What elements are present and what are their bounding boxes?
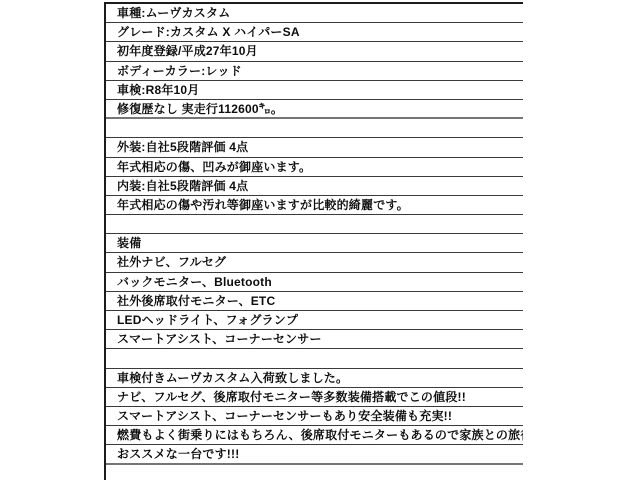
row-text: LEDヘッドライト、フォグランプ (117, 313, 298, 327)
table-row-comment-arrival: 車検付きムーヴカスタム入荷致しました。 (106, 369, 523, 388)
table-row-inspection: 車検:R8年10月 (106, 81, 523, 100)
row-text: おススメな一台です!!! (117, 447, 239, 461)
table-row-equip-led-fog: LEDヘッドライト、フォグランプ (106, 311, 523, 330)
table-row-interior-rating: 内装:自社5段階評価 4点 (106, 177, 523, 196)
table-row-interior-note: 年式相応の傷や汚れ等御座いますが比較的綺麗です。 (106, 196, 523, 215)
table-row-equip-monitor-bt: バックモニター、Bluetooth (106, 273, 523, 292)
table-row-comment-value: ナビ、フルセグ、後席取付モニター等多数装備搭載でこの値段!! (106, 388, 523, 407)
table-row-equip-nav: 社外ナビ、フルセグ (106, 253, 523, 272)
row-text: 内装:自社5段階評価 4点 (117, 179, 248, 193)
row-text: 社外後席取付モニター、ETC (117, 294, 275, 308)
table-row-exterior-note: 年式相応の傷、凹みが御座います。 (106, 158, 523, 177)
table-row-empty (106, 215, 523, 234)
table-row-grade: グレード:カスタム X ハイパーSA (106, 23, 523, 42)
table-row-equip-rear-etc: 社外後席取付モニター、ETC (106, 292, 523, 311)
row-text: 外装:自社5段階評価 4点 (117, 140, 248, 154)
row-text: 車検:R8年10月 (117, 83, 199, 97)
row-text: バックモニター、Bluetooth (117, 275, 272, 289)
vehicle-info-table: 車種:ムーヴカスタムグレード:カスタム X ハイパーSA初年度登録/平成27年1… (104, 2, 523, 480)
table-row-comment-recommend: おススメな一台です!!! (106, 445, 523, 464)
table-row-comment-safety: スマートアシスト、コーナーセンサーもあり安全装備も充実!! (106, 407, 523, 426)
listing-page: 車種:ムーヴカスタムグレード:カスタム X ハイパーSA初年度登録/平成27年1… (0, 0, 640, 480)
row-text: ナビ、フルセグ、後席取付モニター等多数装備搭載でこの値段!! (117, 390, 466, 404)
row-text: 燃費もよく街乗りにはもちろん、後席取付モニターもあるので家族との旅行の際にも (117, 428, 523, 442)
table-row-equip-smart-corner: スマートアシスト、コーナーセンサー (106, 330, 523, 349)
row-text: 装備 (117, 236, 141, 250)
row-text: 年式相応の傷や汚れ等御座いますが比較的綺麗です。 (117, 198, 409, 212)
row-text: スマートアシスト、コーナーセンサー (117, 332, 322, 346)
table-row-equipment-header: 装備 (106, 234, 523, 253)
table-row-empty (106, 349, 523, 368)
row-text: 車検付きムーヴカスタム入荷致しました。 (117, 371, 348, 385)
row-text: 年式相応の傷、凹みが御座います。 (117, 160, 311, 174)
table-row-body-color: ボディーカラー:レッド (106, 62, 523, 81)
row-text: ボディーカラー:レッド (117, 64, 242, 78)
row-text: 初年度登録/平成27年10月 (117, 44, 258, 58)
table-row-empty (106, 119, 523, 138)
table-row-comment-family: 燃費もよく街乗りにはもちろん、後席取付モニターもあるので家族との旅行の際にも (106, 426, 523, 445)
row-text: 修復歴なし 実走行112600㌔。 (117, 102, 283, 116)
table-row-exterior-rating: 外装:自社5段階評価 4点 (106, 138, 523, 157)
row-text: 社外ナビ、フルセグ (117, 255, 226, 269)
row-text: スマートアシスト、コーナーセンサーもあり安全装備も充実!! (117, 409, 452, 423)
row-text: グレード:カスタム X ハイパーSA (117, 25, 300, 39)
table-row-first-registration: 初年度登録/平成27年10月 (106, 42, 523, 61)
table-row-repair-mileage: 修復歴なし 実走行112600㌔。 (106, 100, 523, 119)
row-text: 車種:ムーヴカスタム (117, 6, 230, 20)
table-row-model: 車種:ムーヴカスタム (106, 4, 523, 23)
